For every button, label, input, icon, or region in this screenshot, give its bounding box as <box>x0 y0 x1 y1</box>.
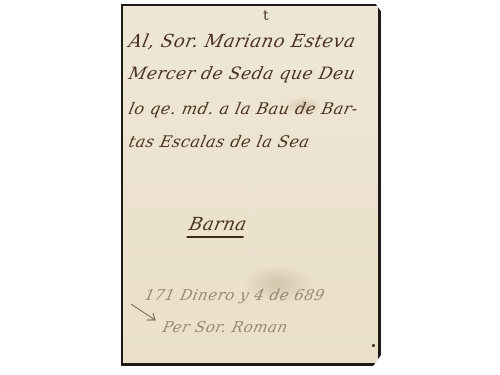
annotation-line-2: Per Sor. Roman <box>161 318 290 336</box>
pencil-arrow-icon <box>129 302 159 324</box>
destination-city: Barna <box>186 214 248 238</box>
ink-spot <box>372 344 375 347</box>
ink-spot <box>393 310 395 312</box>
address-line-2: Mercer de Seda que Deu <box>127 64 357 84</box>
letter-paper: t Al, Sor. Mariano Esteva Mercer de Seda… <box>121 4 381 366</box>
top-mark: t <box>263 8 269 24</box>
address-line-3: lo qe. md. a la Bau de Bar- <box>127 99 360 118</box>
address-line-1: Al, Sor. Mariano Esteva <box>127 31 358 52</box>
address-line-4: tas Escalas de la Sea <box>127 132 312 151</box>
annotation-line-1: 171 Dinero y 4 de 689 <box>143 286 326 304</box>
